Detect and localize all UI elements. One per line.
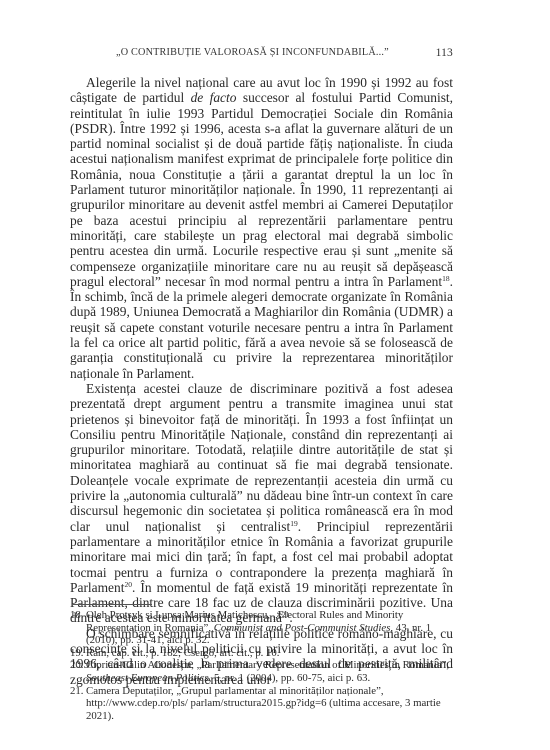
footnote-text: Ciprian-Călin Alionescu, „Parliamentary … — [86, 659, 449, 671]
running-title: „O CONTRIBUȚIE VALOROASĂ ȘI INCONFUNDABI… — [116, 47, 389, 58]
text-run: Existența acestei clauze de discriminare… — [70, 381, 453, 534]
footnote-number: 21. — [70, 685, 84, 698]
footnote-ref-18[interactable]: 18 — [442, 274, 450, 283]
main-text: Alegerile la nivel național care au avut… — [70, 75, 453, 687]
running-header: „O CONTRIBUȚIE VALOROASĂ ȘI INCONFUNDABI… — [70, 47, 453, 63]
footnote-number: 20. — [70, 659, 84, 672]
footnote-number: 18. — [70, 609, 84, 622]
italic-term: de facto — [191, 90, 237, 105]
footnote-21: 21.Camera Deputaților, „Grupul parlament… — [70, 685, 453, 723]
footnote-19: 19.Ram, cap. cit., p. 182; Csergő, art. … — [70, 647, 453, 660]
paragraph-2: Existența acestei clauze de discriminare… — [70, 381, 453, 626]
footnote-divider — [72, 604, 152, 605]
footnote-ref-20[interactable]: 20 — [124, 580, 132, 589]
footnote-18: 18.Oleh Protsyk și Lupșa Marius Matiches… — [70, 609, 453, 647]
footnotes: 18.Oleh Protsyk și Lupșa Marius Matiches… — [70, 609, 453, 722]
footnote-ref-19[interactable]: 19 — [290, 519, 298, 528]
footnote-number: 19. — [70, 647, 84, 660]
footnote-text: , 5, nr. 1 (2004), pp. 60-75, aici p. 63… — [209, 672, 371, 684]
paragraph-1: Alegerile la nivel național care au avut… — [70, 75, 453, 381]
footnote-journal: Southeast European Politics — [86, 672, 209, 684]
footnote-text[interactable]: Camera Deputaților, „Grupul parlamentar … — [86, 685, 441, 722]
footnote-20: 20.Ciprian-Călin Alionescu, „Parliamenta… — [70, 659, 453, 684]
footnote-text: Ram, cap. cit., p. 182; Csergő, art. cit… — [86, 647, 280, 659]
text-run: . În schimb, încă de la primele alegeri … — [70, 274, 453, 381]
footnote-journal: Communist and Post-Communist Studies — [214, 622, 391, 634]
page-number: 113 — [436, 47, 453, 59]
text-run: succesor al fostului Partid Comunist, re… — [70, 90, 453, 289]
